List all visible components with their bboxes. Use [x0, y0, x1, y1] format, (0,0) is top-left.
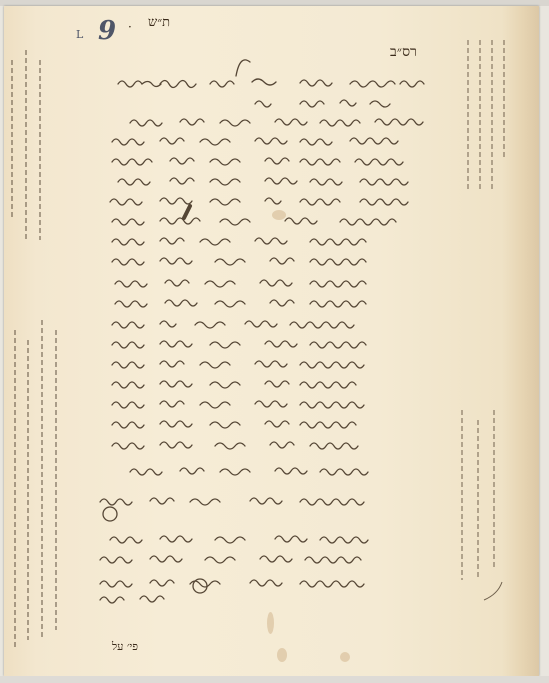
- text-line: [115, 300, 366, 307]
- text-line: [130, 119, 423, 126]
- text-line: [112, 421, 356, 428]
- text-line: [112, 138, 398, 145]
- text-line: [110, 536, 368, 543]
- text-line: [112, 401, 364, 408]
- text-line: [130, 468, 368, 475]
- text-line: [100, 498, 364, 505]
- text-line: [118, 178, 408, 185]
- text-line: [118, 79, 424, 88]
- text-line: [115, 280, 366, 287]
- text-line: [100, 596, 164, 603]
- handwritten-text: [0, 0, 549, 683]
- text-line: [112, 321, 354, 328]
- text-line: [112, 381, 356, 388]
- text-line: [112, 238, 366, 245]
- text-line: [112, 341, 366, 348]
- text-line: [112, 361, 364, 368]
- text-line: [100, 580, 364, 587]
- text-line: [112, 218, 396, 225]
- footer-text: פי׳ על: [112, 640, 138, 653]
- left-margin-notes: [12, 50, 56, 650]
- text-line: [100, 556, 361, 563]
- text-line: [255, 100, 390, 107]
- right-margin-notes: [462, 40, 504, 600]
- text-line: [112, 158, 403, 165]
- text-line: [112, 258, 366, 265]
- text-line: [112, 442, 358, 449]
- text-line: [110, 198, 408, 205]
